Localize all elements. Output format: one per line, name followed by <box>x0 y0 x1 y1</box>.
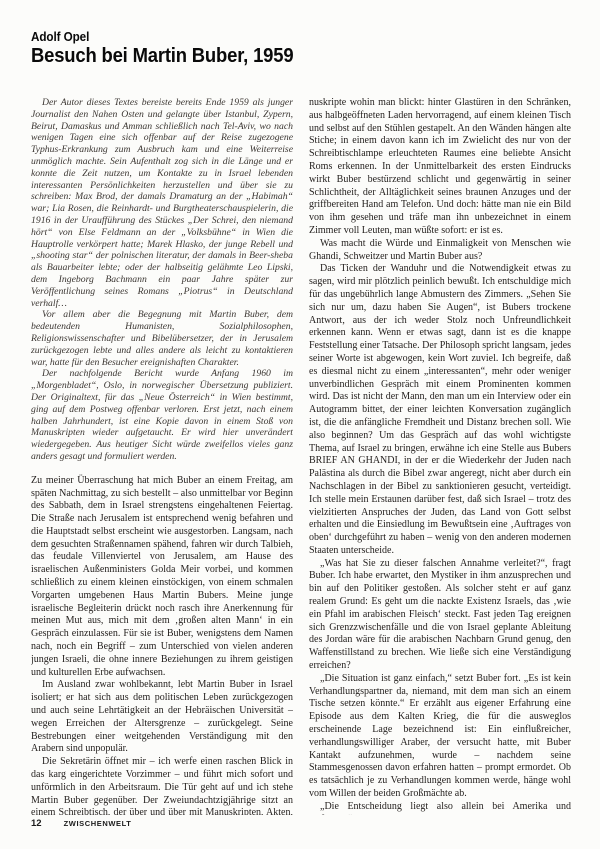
text-columns: Der Autor dieses Textes bereiste bereits… <box>31 97 571 815</box>
article-body-left: Zu meiner Überraschung hat mich Buber an… <box>31 475 293 815</box>
article-header: Adolf Opel Besuch bei Martin Buber, 1959 <box>31 29 293 67</box>
author-name: Adolf Opel <box>31 29 293 44</box>
body-paragraph: Die Sekretärin öffnet mir – ich werfe ei… <box>31 756 293 815</box>
editorial-intro: Der Autor dieses Textes bereiste bereits… <box>31 97 293 463</box>
body-paragraph: „Die Entscheidung liegt also allein bei … <box>309 801 571 815</box>
intro-paragraph: Der Autor dieses Textes bereiste bereits… <box>31 97 293 309</box>
article-body-right: nuskripte wohin man blickt: hinter Glast… <box>309 97 571 815</box>
intro-paragraph: Vor allem aber die Begegnung mit Martin … <box>31 309 293 368</box>
body-paragraph: nuskripte wohin man blickt: hinter Glast… <box>309 97 571 238</box>
body-paragraph: „Was hat Sie zu dieser falschen Annahme … <box>309 558 571 673</box>
body-paragraph: Zu meiner Überraschung hat mich Buber an… <box>31 475 293 680</box>
page-footer: 12 ZWISCHENWELT <box>31 818 131 829</box>
body-paragraph: Das Ticken der Wanduhr und die Notwendig… <box>309 263 571 557</box>
page-title: Besuch bei Martin Buber, 1959 <box>31 44 293 67</box>
right-column: nuskripte wohin man blickt: hinter Glast… <box>309 97 571 815</box>
body-paragraph: Was macht die Würde und Einmaligkeit von… <box>309 238 571 264</box>
page-number: 12 <box>31 818 42 829</box>
journal-name: ZWISCHENWELT <box>64 819 132 828</box>
magazine-page: Adolf Opel Besuch bei Martin Buber, 1959… <box>0 0 600 849</box>
body-paragraph: „Die Situation ist ganz einfach,“ setzt … <box>309 673 571 801</box>
intro-paragraph: Der nachfolgende Bericht wurde Anfang 19… <box>31 368 293 462</box>
body-paragraph: Im Ausland zwar wohlbekannt, lebt Martin… <box>31 679 293 756</box>
left-column: Der Autor dieses Textes bereiste bereits… <box>31 97 293 815</box>
